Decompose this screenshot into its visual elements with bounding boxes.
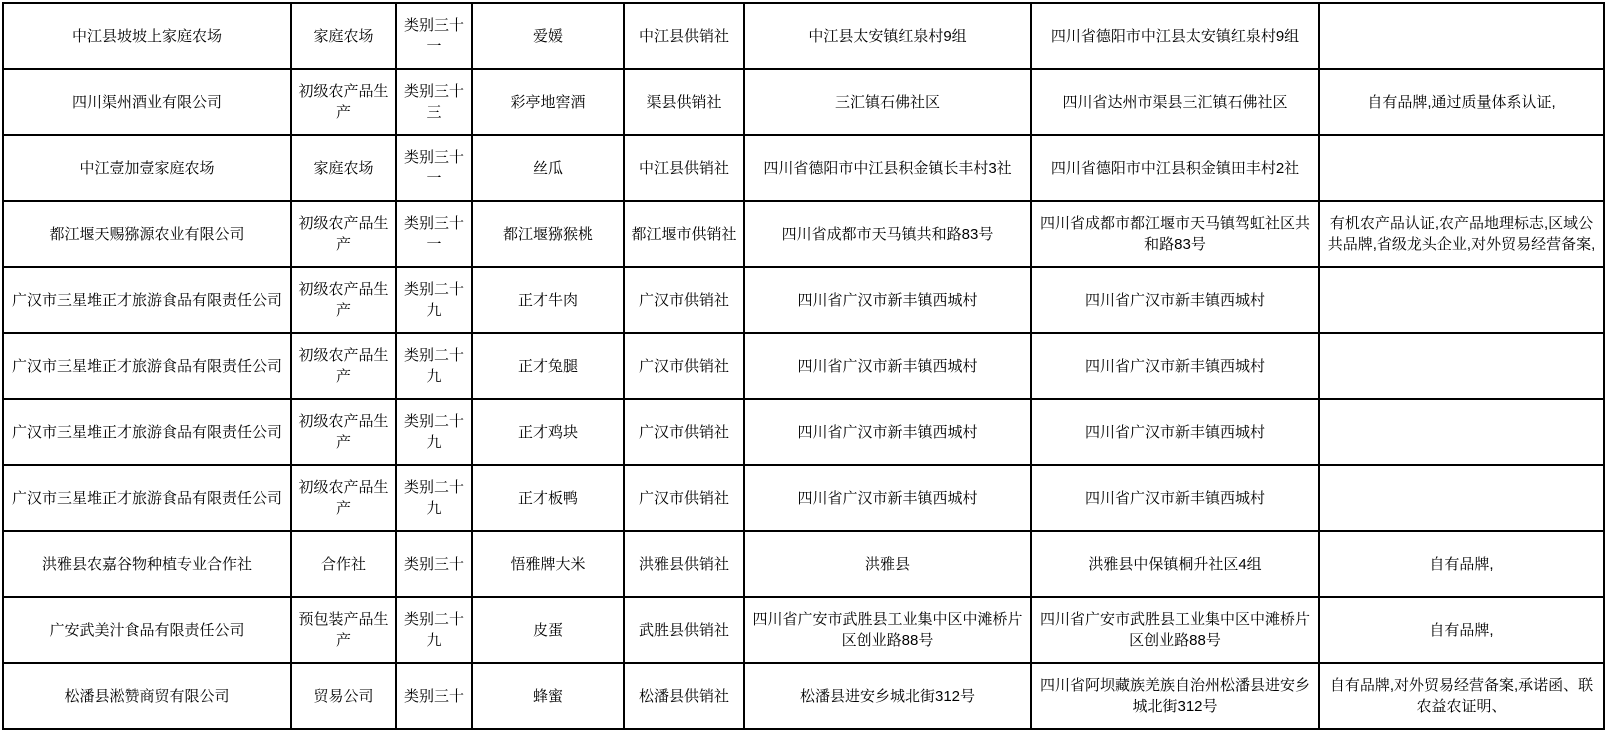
table-row: 中江壹加壹家庭农场 家庭农场 类别三十一 丝瓜 中江县供销社 四川省德阳市中江县… [3,135,1604,201]
product-name-cell: 彩亭地窖酒 [472,69,624,135]
address-cell: 四川省广汉市新丰镇西城村 [744,333,1031,399]
company-name-cell: 广汉市三星堆正才旅游食品有限责任公司 [3,267,291,333]
remarks-cell [1319,3,1604,69]
address-cell: 洪雅县 [744,531,1031,597]
remarks-cell: 自有品牌, [1319,531,1604,597]
category-cell: 类别二十九 [396,267,472,333]
producer-type-cell: 预包装产品生产 [291,597,396,663]
producer-type-cell: 初级农产品生产 [291,333,396,399]
product-name-cell: 正才兔腿 [472,333,624,399]
remarks-cell [1319,465,1604,531]
company-name-cell: 洪雅县农嘉谷物种植专业合作社 [3,531,291,597]
registered-address-cell: 四川省广汉市新丰镇西城村 [1031,465,1319,531]
registered-address-cell: 四川省广汉市新丰镇西城村 [1031,267,1319,333]
address-cell: 四川省德阳市中江县积金镇长丰村3社 [744,135,1031,201]
registered-address-cell: 四川省德阳市中江县积金镇田丰村2社 [1031,135,1319,201]
registered-address-cell: 洪雅县中保镇桐升社区4组 [1031,531,1319,597]
category-cell: 类别二十九 [396,399,472,465]
producer-type-cell: 初级农产品生产 [291,267,396,333]
supply-society-cell: 渠县供销社 [624,69,744,135]
registered-address-cell: 四川省广汉市新丰镇西城村 [1031,333,1319,399]
supply-society-cell: 广汉市供销社 [624,465,744,531]
producer-type-cell: 初级农产品生产 [291,399,396,465]
category-cell: 类别二十九 [396,465,472,531]
producer-type-cell: 合作社 [291,531,396,597]
product-name-cell: 丝瓜 [472,135,624,201]
supply-society-cell: 广汉市供销社 [624,267,744,333]
producer-type-cell: 贸易公司 [291,663,396,729]
supply-society-cell: 武胜县供销社 [624,597,744,663]
remarks-cell: 自有品牌, [1319,597,1604,663]
remarks-cell [1319,399,1604,465]
company-name-cell: 广汉市三星堆正才旅游食品有限责任公司 [3,465,291,531]
company-name-cell: 都江堰天赐猕源农业有限公司 [3,201,291,267]
address-cell: 四川省广汉市新丰镇西城村 [744,465,1031,531]
product-name-cell: 蜂蜜 [472,663,624,729]
address-cell: 四川省广安市武胜县工业集中区中滩桥片区创业路88号 [744,597,1031,663]
supply-society-cell: 中江县供销社 [624,135,744,201]
supply-society-cell: 洪雅县供销社 [624,531,744,597]
supply-society-cell: 中江县供销社 [624,3,744,69]
producer-type-cell: 家庭农场 [291,3,396,69]
company-name-cell: 中江县坡坡上家庭农场 [3,3,291,69]
table-body: 中江县坡坡上家庭农场 家庭农场 类别三十一 爱媛 中江县供销社 中江县太安镇红泉… [3,3,1604,729]
company-name-cell: 松潘县淞赞商贸有限公司 [3,663,291,729]
remarks-cell: 自有品牌,通过质量体系认证, [1319,69,1604,135]
registered-address-cell: 四川省达州市渠县三汇镇石佛社区 [1031,69,1319,135]
registered-address-cell: 四川省德阳市中江县太安镇红泉村9组 [1031,3,1319,69]
table-row: 广汉市三星堆正才旅游食品有限责任公司 初级农产品生产 类别二十九 正才牛肉 广汉… [3,267,1604,333]
registered-address-cell: 四川省广汉市新丰镇西城村 [1031,399,1319,465]
company-name-cell: 广汉市三星堆正才旅游食品有限责任公司 [3,333,291,399]
product-name-cell: 都江堰猕猴桃 [472,201,624,267]
company-name-cell: 四川渠州酒业有限公司 [3,69,291,135]
category-cell: 类别二十九 [396,333,472,399]
category-cell: 类别三十 [396,531,472,597]
table-row: 都江堰天赐猕源农业有限公司 初级农产品生产 类别三十一 都江堰猕猴桃 都江堰市供… [3,201,1604,267]
table-row: 广汉市三星堆正才旅游食品有限责任公司 初级农产品生产 类别二十九 正才鸡块 广汉… [3,399,1604,465]
producer-type-cell: 初级农产品生产 [291,201,396,267]
remarks-cell [1319,333,1604,399]
table-row: 广汉市三星堆正才旅游食品有限责任公司 初级农产品生产 类别二十九 正才兔腿 广汉… [3,333,1604,399]
table-row: 四川渠州酒业有限公司 初级农产品生产 类别三十三 彩亭地窖酒 渠县供销社 三汇镇… [3,69,1604,135]
table-row: 松潘县淞赞商贸有限公司 贸易公司 类别三十 蜂蜜 松潘县供销社 松潘县进安乡城北… [3,663,1604,729]
producer-type-cell: 初级农产品生产 [291,69,396,135]
category-cell: 类别二十九 [396,597,472,663]
producer-type-cell: 家庭农场 [291,135,396,201]
producer-registry-table: 中江县坡坡上家庭农场 家庭农场 类别三十一 爱媛 中江县供销社 中江县太安镇红泉… [2,2,1605,730]
registered-address-cell: 四川省广安市武胜县工业集中区中滩桥片区创业路88号 [1031,597,1319,663]
remarks-cell [1319,135,1604,201]
address-cell: 四川省广汉市新丰镇西城村 [744,267,1031,333]
remarks-cell [1319,267,1604,333]
table-row: 广安武美汁食品有限责任公司 预包装产品生产 类别二十九 皮蛋 武胜县供销社 四川… [3,597,1604,663]
company-name-cell: 广安武美汁食品有限责任公司 [3,597,291,663]
category-cell: 类别三十三 [396,69,472,135]
table-row: 中江县坡坡上家庭农场 家庭农场 类别三十一 爱媛 中江县供销社 中江县太安镇红泉… [3,3,1604,69]
address-cell: 松潘县进安乡城北街312号 [744,663,1031,729]
registered-address-cell: 四川省阿坝藏族羌族自治州松潘县进安乡城北街312号 [1031,663,1319,729]
remarks-cell: 自有品牌,对外贸易经营备案,承诺函、联农益农证明、 [1319,663,1604,729]
category-cell: 类别三十一 [396,135,472,201]
table-row: 广汉市三星堆正才旅游食品有限责任公司 初级农产品生产 类别二十九 正才板鸭 广汉… [3,465,1604,531]
remarks-cell: 有机农产品认证,农产品地理标志,区域公共品牌,省级龙头企业,对外贸易经营备案, [1319,201,1604,267]
address-cell: 三汇镇石佛社区 [744,69,1031,135]
company-name-cell: 中江壹加壹家庭农场 [3,135,291,201]
supply-society-cell: 都江堰市供销社 [624,201,744,267]
company-name-cell: 广汉市三星堆正才旅游食品有限责任公司 [3,399,291,465]
product-name-cell: 爱媛 [472,3,624,69]
supply-society-cell: 广汉市供销社 [624,333,744,399]
address-cell: 中江县太安镇红泉村9组 [744,3,1031,69]
category-cell: 类别三十一 [396,201,472,267]
table-row: 洪雅县农嘉谷物种植专业合作社 合作社 类别三十 悟雅牌大米 洪雅县供销社 洪雅县… [3,531,1604,597]
producer-type-cell: 初级农产品生产 [291,465,396,531]
registered-address-cell: 四川省成都市都江堰市天马镇驾虹社区共和路83号 [1031,201,1319,267]
product-name-cell: 正才牛肉 [472,267,624,333]
product-name-cell: 正才鸡块 [472,399,624,465]
category-cell: 类别三十 [396,663,472,729]
address-cell: 四川省成都市天马镇共和路83号 [744,201,1031,267]
product-name-cell: 皮蛋 [472,597,624,663]
producer-registry-page: 中江县坡坡上家庭农场 家庭农场 类别三十一 爱媛 中江县供销社 中江县太安镇红泉… [0,0,1607,730]
supply-society-cell: 广汉市供销社 [624,399,744,465]
product-name-cell: 正才板鸭 [472,465,624,531]
address-cell: 四川省广汉市新丰镇西城村 [744,399,1031,465]
category-cell: 类别三十一 [396,3,472,69]
supply-society-cell: 松潘县供销社 [624,663,744,729]
product-name-cell: 悟雅牌大米 [472,531,624,597]
